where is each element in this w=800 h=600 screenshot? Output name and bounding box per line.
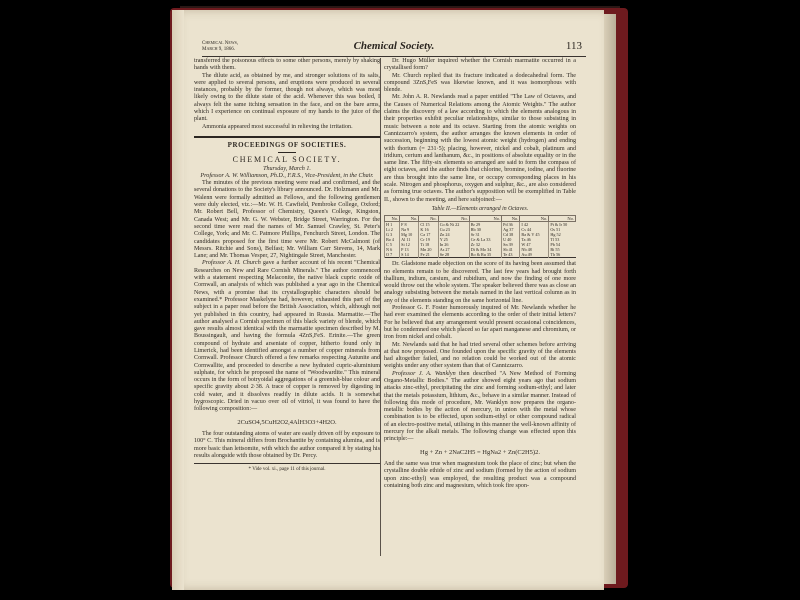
- section-title: PROCEEDINGS OF SOCIETIES.: [194, 142, 380, 149]
- paragraph: transferred the poisonous effects to som…: [194, 58, 380, 73]
- running-title: Chemical Society.: [202, 40, 586, 52]
- paragraph-body: then described "A New Method of Forming …: [384, 371, 576, 443]
- gladstone-paragraph: Dr. Gladstone made objection on the scor…: [384, 261, 576, 305]
- table-cell: Au 49: [520, 252, 549, 258]
- meeting-date: Thursday, March 1.: [194, 166, 380, 173]
- footnote-divider: [194, 463, 380, 464]
- right-column: Dr. Hugo Müller inquired whether the Cor…: [384, 58, 576, 490]
- table-cell: Ro & Ru 35: [469, 252, 501, 258]
- paragraph: Ammonia appeared most successful in reli…: [194, 124, 380, 131]
- table-cell: Te 43: [502, 252, 520, 258]
- table-caption: Table II.—Elements arranged in Octaves.: [384, 206, 576, 213]
- journal-page: Chemical News, March 9, 1866. Chemical S…: [172, 10, 604, 590]
- table-cell: Fe 21: [419, 252, 438, 258]
- paragraph: The four outstanding atoms of water are …: [194, 431, 380, 460]
- chemical-formula: 2CuSO4,5CuH2O2,4AlH3O3+4H2O.: [194, 419, 380, 426]
- section-divider: [194, 136, 380, 138]
- table-cell: S 14: [400, 252, 419, 258]
- newlands-paragraph: Mr. John A. R. Newlands read a paper ent…: [384, 94, 576, 203]
- chemical-equation: Hg + Zn + 2NaC2H5 = HgNa2 + Zn(C2H5)2.: [384, 449, 576, 456]
- paragraph: Dr. Hugo Müller inquired whether the Cor…: [384, 58, 576, 73]
- running-header: Chemical News, March 9, 1866. Chemical S…: [202, 40, 586, 57]
- table-row: O 7S 14Fe 21Se 28Ro & Ru 35Te 43Au 49Th …: [385, 252, 576, 258]
- octaves-table: No. No. No. No. No. No. No. No. H 1F 8Cl…: [384, 215, 576, 258]
- table-cell: Se 28: [438, 252, 469, 258]
- minutes-paragraph: The minutes of the previous meeting were…: [194, 180, 380, 260]
- foster-paragraph: Professor G. F. Foster humorously inquir…: [384, 305, 576, 341]
- paragraph-body: gave a further account of his recent "Ch…: [194, 260, 380, 412]
- newlands-reply-paragraph: Mr. Newlands said that he had tried seve…: [384, 342, 576, 371]
- wanklyn-paragraph: Professor J. A. Wanklyn then described "…: [384, 371, 576, 444]
- speaker-name: Professor A. H. Church: [202, 260, 261, 266]
- table-cell: Th 56: [549, 252, 576, 258]
- paragraph: The dilute acid, as obtained by me, and …: [194, 73, 380, 124]
- page-gutter: [172, 10, 184, 590]
- paragraph: And the same was true when magnesium too…: [384, 461, 576, 490]
- footnote: * Vide vol. xi., page 11 of this journal…: [194, 466, 380, 473]
- speaker-name: Professor J. A. Wanklyn: [392, 371, 456, 377]
- paragraph: Mr. Church replied that its fracture ind…: [384, 73, 576, 95]
- page-number: 113: [566, 40, 582, 52]
- short-divider: [278, 152, 296, 153]
- left-column: transferred the poisonous effects to som…: [194, 58, 380, 473]
- society-title: CHEMICAL SOCIETY.: [194, 156, 380, 163]
- table-cell: O 7: [385, 252, 400, 258]
- column-divider: [380, 58, 381, 556]
- church-paragraph: Professor A. H. Church gave a further ac…: [194, 260, 380, 413]
